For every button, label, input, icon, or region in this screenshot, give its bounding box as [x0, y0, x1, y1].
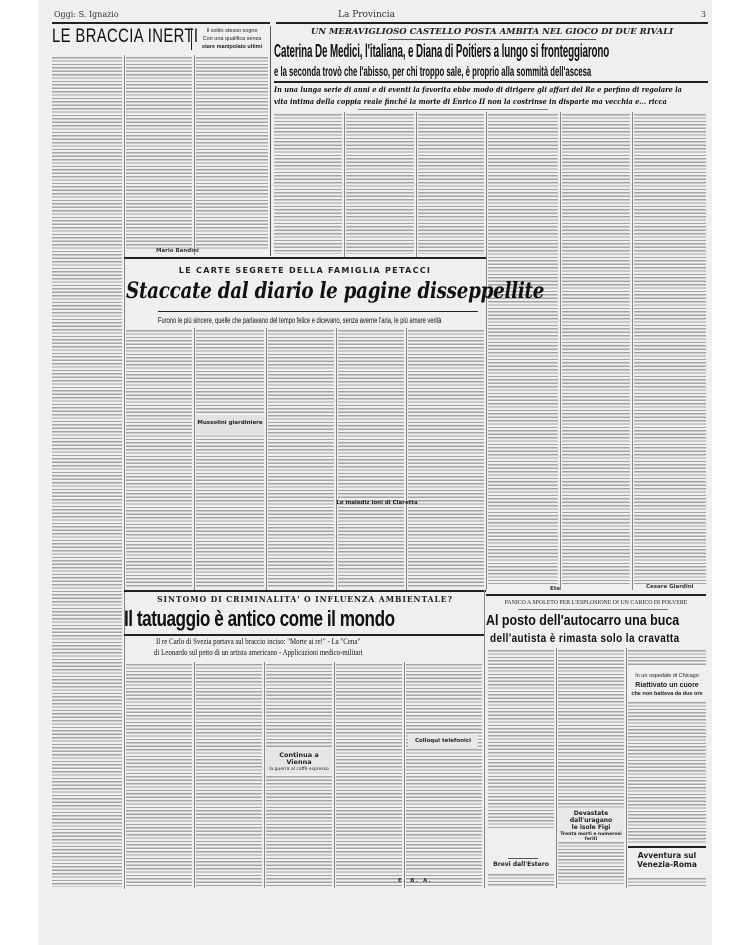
column-divider: [556, 648, 557, 888]
byline-tatuaggio: E. B. A.: [398, 878, 432, 884]
column-divider: [264, 662, 265, 888]
body-text-column: [558, 650, 624, 808]
kicker-underline: [388, 39, 596, 40]
heading-brevi-dall-estero: Brevi dall'Estero: [488, 862, 554, 872]
kicker-tatuaggio: SINTOMO DI CRIMINALITA' O INFLUENZA AMBI…: [142, 595, 468, 605]
column-divider: [560, 112, 561, 590]
body-text-column: [408, 330, 484, 588]
kicker-autocarro: PANICO A SPOLETO PER L'ESPLOSIONE DI UN …: [497, 599, 695, 606]
box-vienna-subtitle: la guerra al caffè espresso: [266, 767, 332, 772]
box-chicago: In un ospedale di Chicago Riattivato un …: [628, 672, 706, 699]
figi-line3: Trenta morti e numerosi feriti: [558, 832, 624, 842]
kicker-petacci: LE CARTE SEGRETE DELLA FAMIGLIA PETACCI: [124, 266, 486, 275]
section-rule: [628, 846, 706, 848]
body-text-column: [628, 702, 706, 844]
body-text-column: [268, 330, 334, 588]
headline-caterina-line2: e la seconda trovò che l'abisso, per chi…: [274, 63, 591, 79]
headline-rule: [158, 311, 478, 312]
body-text-column: [274, 114, 342, 254]
subhead-tatuaggio-line1: Il re Carlo di Svezia portava sul bracci…: [156, 637, 360, 646]
body-text-column: [634, 114, 706, 584]
brevi-rule: [508, 858, 538, 859]
column-divider: [486, 112, 487, 590]
body-text-column: [562, 114, 630, 584]
subhead-rule: [358, 109, 548, 110]
kicker-caterina: UN MERAVIGLIOSO CASTELLO POSTA AMBITA NE…: [276, 27, 708, 37]
sidebar-small-headline: Il solito stesso sogno Con una qualifica…: [194, 27, 270, 51]
body-text-column: [336, 664, 402, 886]
body-text-column: [126, 57, 192, 250]
folio-newspaper-name: La Provincia: [338, 10, 395, 20]
newspaper-page: Oggi: S. Ignazio La Provincia 3 LE BRACC…: [38, 0, 712, 945]
subheading-maledizioni-claretta: Le malediz ioni di Claretta: [336, 497, 418, 510]
body-text-column: [196, 57, 268, 250]
body-text-column: [558, 842, 624, 886]
column-divider: [344, 112, 345, 257]
column-divider: [124, 55, 125, 889]
column-divider: [334, 662, 335, 888]
body-text-column: [126, 664, 192, 886]
column-divider: [406, 328, 407, 590]
body-text-column: [406, 664, 482, 886]
figi-line2: le isole Figi: [558, 825, 624, 832]
column-divider: [194, 55, 195, 255]
section-rule: [124, 257, 486, 259]
body-text-column: [266, 664, 332, 886]
headline-caterina-line1: Caterina De Medici, l'italiana, e Diana …: [274, 41, 609, 62]
column-divider: [404, 662, 405, 888]
headline-autocarro-line2: dell'autista è rimasta solo la cravatta: [490, 631, 680, 645]
chicago-line1: In un ospedale di Chicago: [628, 672, 706, 681]
folio-saint-of-day: Oggi: S. Ignazio: [54, 10, 119, 19]
heading-venezia-roma: Avventura sul Venezia-Roma: [628, 852, 706, 874]
body-text-column: [196, 330, 264, 588]
sidebar-line: Con una qualifica senza: [194, 35, 270, 43]
body-text-column: [418, 114, 484, 254]
column-divider: [336, 328, 337, 590]
column-divider: [194, 662, 195, 888]
body-text-column: [488, 114, 558, 584]
masthead-rule-left: [52, 22, 270, 24]
body-text-column: [126, 330, 192, 588]
column-divider: [632, 112, 633, 590]
body-text-column: [338, 330, 404, 588]
column-divider: [266, 328, 267, 590]
body-text-column: [488, 650, 554, 830]
headline-rule: [124, 634, 484, 636]
column-divider: [626, 648, 627, 888]
column-divider: [416, 112, 417, 257]
figi-line1: Devastate dall'uragano: [558, 811, 624, 825]
sidebar-line: stare manipolato ultimi: [194, 43, 270, 51]
venezia-line2: Venezia-Roma: [628, 861, 706, 870]
headline-tatuaggio: Il tatuaggio è antico come il mondo: [124, 606, 395, 632]
kicker-underline: [518, 609, 668, 610]
box-isole-figi: Devastate dall'uragano le isole Figi Tre…: [558, 808, 624, 839]
headline-petacci: Staccate dal diario le pagine disseppell…: [126, 278, 544, 304]
body-text-column: [196, 664, 262, 886]
subhead-caterina-line2: vita intima della coppia reale finché la…: [274, 97, 667, 106]
subhead-petacci: Furono le più sincere, quelle che parlav…: [158, 316, 442, 325]
headline-rule: [274, 81, 708, 83]
column-divider: [194, 328, 195, 590]
subhead-caterina-line1: In una lunga serie di anni e di eventi l…: [274, 85, 682, 94]
body-text-column: [628, 878, 706, 888]
folio-page-number: 3: [701, 10, 706, 19]
byline-caterina: Cesare Giardini: [646, 584, 694, 590]
subhead-tatuaggio-line2: di Leonardo sul petto di un artista amer…: [154, 648, 363, 657]
box-continua-vienna: Continua a Vienna la guerra al caffè esp…: [266, 748, 332, 774]
headline-autocarro-line1: Al posto dell'autocarro una buca: [486, 612, 679, 629]
column-divider: [270, 26, 271, 256]
byline-braccia: Mario Bandini: [156, 248, 199, 254]
body-text-column: [52, 57, 122, 887]
headline-braccia-inerti: LE BRACCIA INERTI: [52, 26, 198, 48]
box-vienna-title: Continua a Vienna: [266, 752, 332, 767]
body-text-column: [488, 874, 554, 886]
section-rule: [486, 594, 706, 596]
byline-petacci: Ete: [550, 586, 560, 592]
masthead-rule-right: [276, 22, 708, 24]
box-colloqui-telefonici: Colloqui telefonici: [408, 735, 478, 749]
sidebar-line: Il solito stesso sogno: [194, 27, 270, 35]
body-text-column: [628, 650, 706, 666]
column-divider: [484, 590, 485, 888]
chicago-line2: Riattivato un cuore: [628, 681, 706, 690]
section-rule: [124, 590, 486, 592]
subheading-mussolini-giardiniere: Mussolini giardiniere: [196, 415, 264, 434]
column-divider: [191, 28, 192, 50]
body-text-column: [346, 114, 414, 254]
chicago-line3: che non batteva da due ore: [628, 690, 706, 699]
